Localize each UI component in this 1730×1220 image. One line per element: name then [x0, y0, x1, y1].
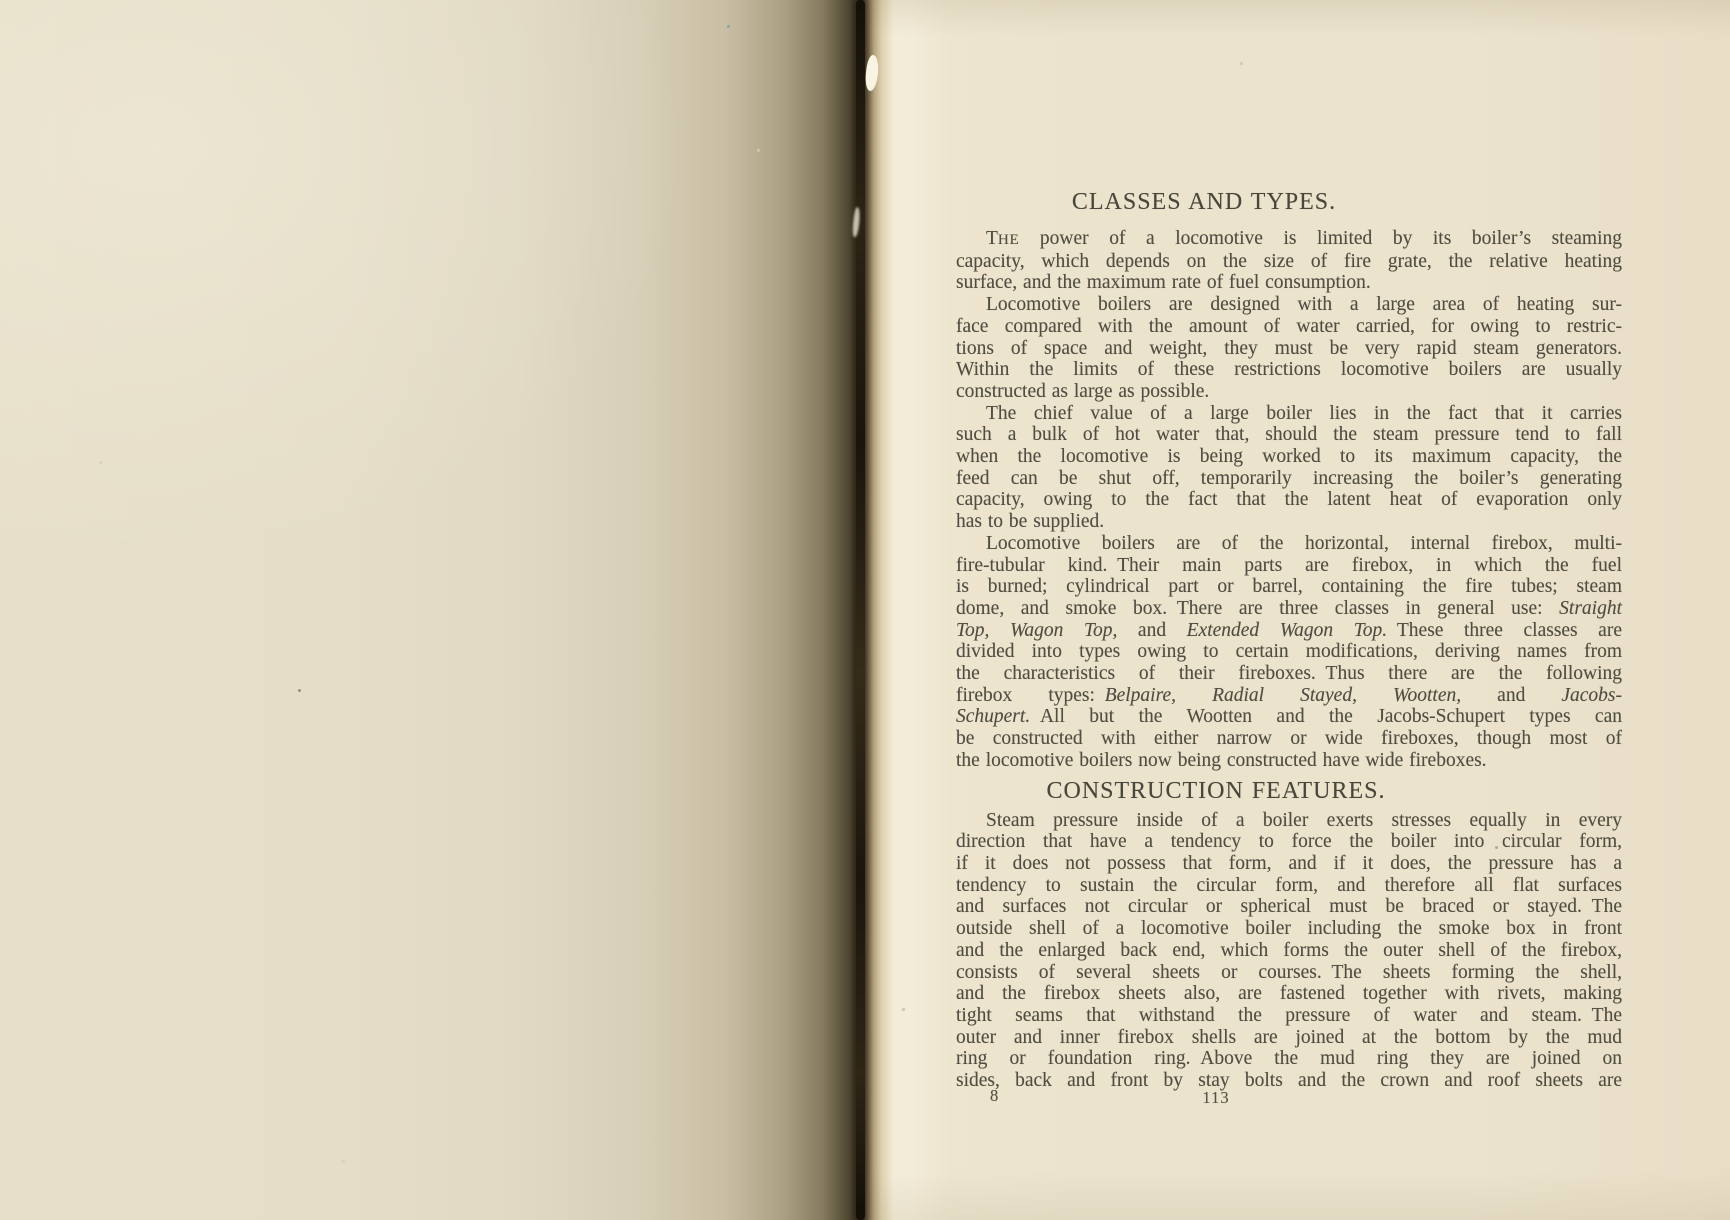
text-line: outer and inner firebox shells are joine…: [956, 1027, 1622, 1049]
text-line: capacity, owing to the fact that the lat…: [956, 489, 1622, 511]
text-line: has to be supplied.: [956, 511, 1622, 533]
text-line: The chief value of a large boiler lies i…: [956, 403, 1622, 425]
text-line: THE power of a locomotive is limited by …: [956, 228, 1622, 251]
text-line: direction that have a tendency to force …: [956, 831, 1622, 853]
text-line: dome, and smoke box. There are three cla…: [956, 598, 1622, 620]
page-text-column: CLASSES AND TYPES. THE power of a locomo…: [956, 190, 1622, 1108]
text-line: firebox types: Belpaire, Radial Stayed, …: [956, 685, 1622, 707]
signature-mark: 8: [990, 1088, 998, 1104]
text-line: face compared with the amount of water c…: [956, 316, 1622, 338]
book-scan: CLASSES AND TYPES. THE power of a locomo…: [0, 0, 1730, 1220]
text-line: consists of several sheets or courses. T…: [956, 962, 1622, 984]
text-line: constructed as large as possible.: [956, 381, 1622, 403]
text-line: when the locomotive is being worked to i…: [956, 446, 1622, 468]
section-heading-classes-and-types: CLASSES AND TYPES.: [871, 190, 1537, 214]
text-line: the characteristics of their fireboxes. …: [956, 663, 1622, 685]
text-line: is burned; cylindrical part or barrel, c…: [956, 576, 1622, 598]
text-line: fire-tubular kind. Their main parts are …: [956, 555, 1622, 577]
text-line: if it does not possess that form, and if…: [956, 853, 1622, 875]
text-line: Steam pressure inside of a boiler exerts…: [956, 810, 1622, 832]
text-line: tendency to sustain the circular form, a…: [956, 875, 1622, 897]
text-line: ring or foundation ring. Above the mud r…: [956, 1048, 1622, 1070]
text-line: be constructed with either narrow or wid…: [956, 728, 1622, 750]
text-line: surface, and the maximum rate of fuel co…: [956, 272, 1622, 294]
text-line: Within the limits of these restrictions …: [956, 359, 1622, 381]
text-line: and the firebox sheets also, are fastene…: [956, 983, 1622, 1005]
section-classes-and-types: THE power of a locomotive is limited by …: [956, 228, 1622, 772]
page-number: 113: [1202, 1090, 1229, 1106]
section-construction-features: Steam pressure inside of a boiler exerts…: [956, 810, 1622, 1092]
text-line: Locomotive boilers are designed with a l…: [956, 294, 1622, 316]
text-line: and the enlarged back end, which forms t…: [956, 940, 1622, 962]
text-line: feed can be shut off, temporarily increa…: [956, 468, 1622, 490]
paper-specks: [0, 0, 3, 3]
left-page-blank: [0, 0, 862, 1220]
text-line: and surfaces not circular or spherical m…: [956, 896, 1622, 918]
text-line: capacity, which depends on the size of f…: [956, 251, 1622, 273]
text-line: Top, Wagon Top, and Extended Wagon Top. …: [956, 620, 1622, 642]
text-line: tions of space and weight, they must be …: [956, 338, 1622, 360]
text-line: Locomotive boilers are of the horizontal…: [956, 533, 1622, 555]
page-footer: 8 113: [956, 1088, 1622, 1108]
text-line: divided into types owing to certain modi…: [956, 641, 1622, 663]
text-line: such a bulk of hot water that, should th…: [956, 424, 1622, 446]
book-gutter: [856, 0, 865, 1220]
text-line: the locomotive boilers now being constru…: [956, 750, 1622, 772]
section-heading-construction-features: CONSTRUCTION FEATURES.: [883, 779, 1549, 803]
text-line: outside shell of a locomotive boiler inc…: [956, 918, 1622, 940]
text-line: Schupert. All but the Wootten and the Ja…: [956, 706, 1622, 728]
text-line: tight seams that withstand the pressure …: [956, 1005, 1622, 1027]
